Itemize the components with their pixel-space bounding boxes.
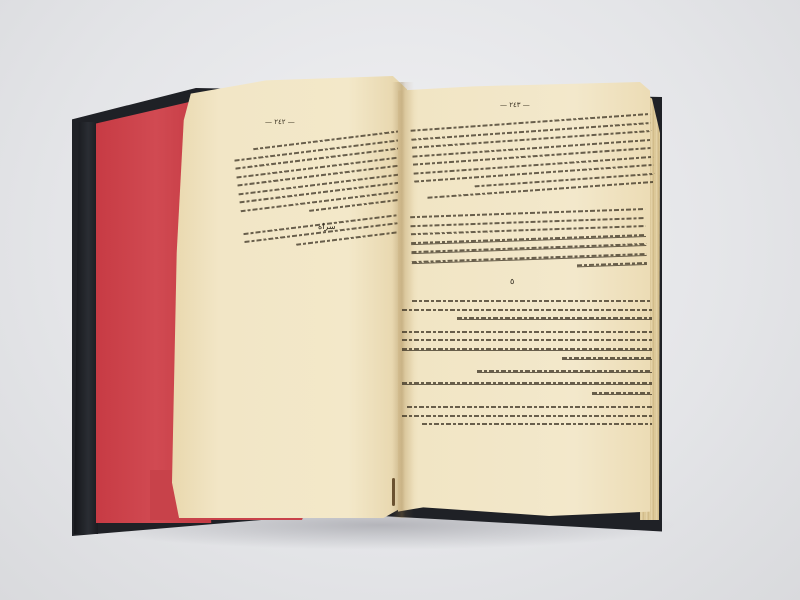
text-line: [412, 300, 652, 302]
left-page-number: — ٢٤٢ —: [265, 118, 295, 126]
left-page-text: [233, 130, 415, 258]
section-marker: ٥: [510, 277, 514, 286]
right-page-text-lower: [402, 300, 652, 432]
right-page-text-middle: [410, 208, 647, 280]
book-photograph: — ٢٤٢ — سراه — ٢٤٣ —: [0, 0, 800, 600]
right-page-number: — ٢٤٣ —: [500, 101, 530, 109]
text-line: [407, 406, 652, 408]
text-line-underlined: [576, 262, 647, 267]
text-line-underlined: [562, 357, 652, 360]
text-line-underlined: [402, 348, 652, 351]
text-line: [402, 415, 652, 417]
text-line: [411, 225, 646, 235]
text-line: [422, 423, 652, 425]
text-line-underlined: [457, 317, 652, 320]
text-line: [410, 216, 645, 226]
left-page-closing-word: سراه: [318, 222, 336, 231]
paper-tear: [392, 478, 395, 506]
text-line-underlined: [411, 233, 646, 244]
text-line: [402, 339, 652, 341]
text-line-underlined: [592, 392, 652, 395]
text-line-underlined: [402, 382, 652, 385]
text-line-underlined: [477, 370, 652, 373]
text-line-underlined: [411, 243, 646, 254]
text-line-underlined: [412, 252, 647, 263]
text-line: [402, 331, 652, 333]
text-line: [402, 309, 652, 311]
